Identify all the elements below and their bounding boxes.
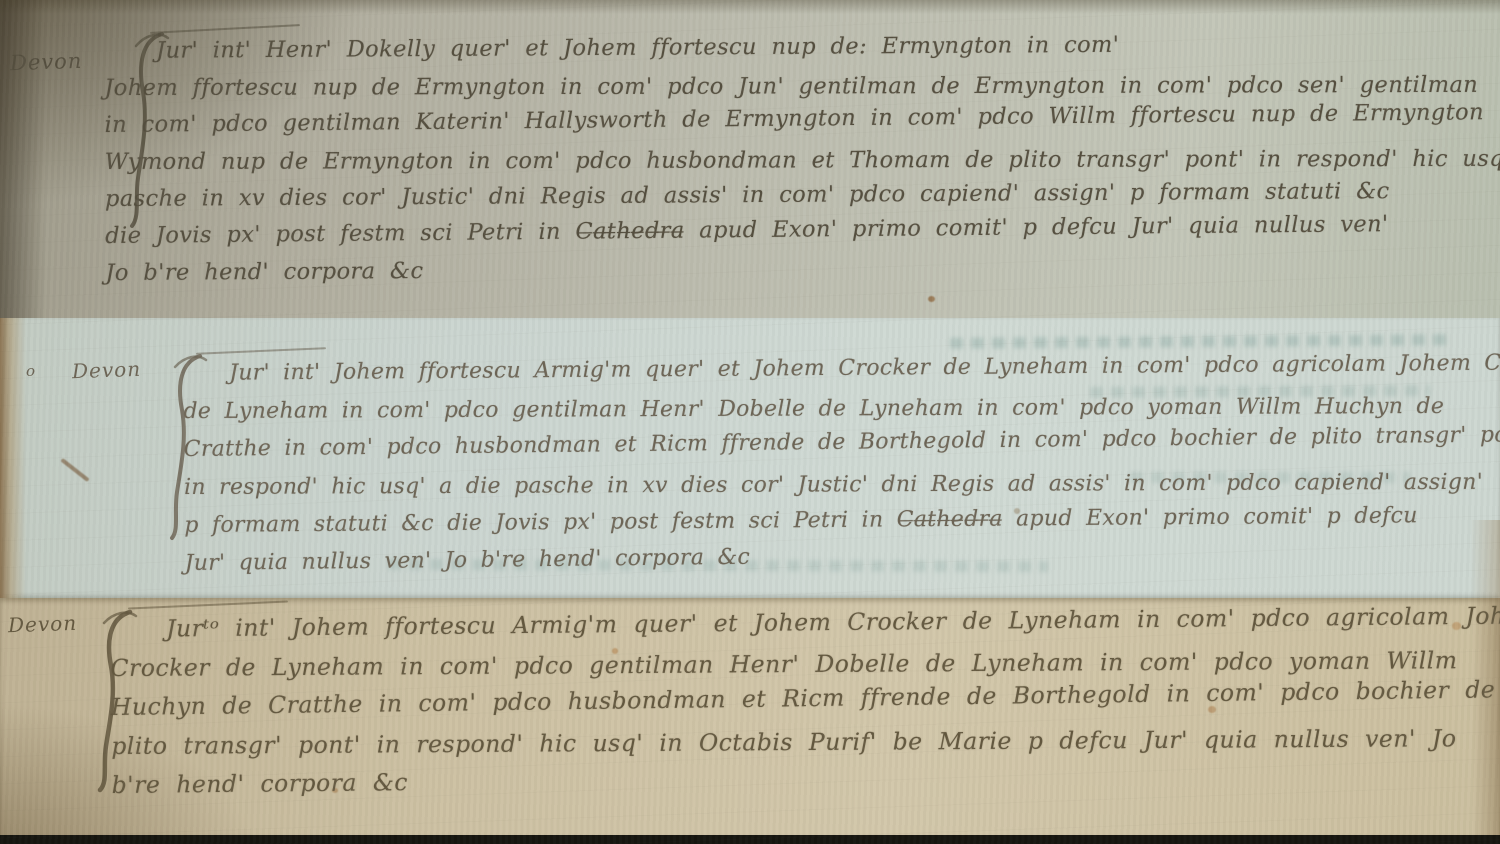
entry-text-block: Jurᵗᵒ int' Johem ffortescu Armig'm quer'… xyxy=(110,596,1500,805)
photo-bottom-black-bar xyxy=(0,835,1500,844)
manuscript-line: Wymond nup de Ermyngton in com' pdco hus… xyxy=(105,141,1500,181)
manuscript-photo: Devon Jur' int' Henr' Dokelly quer' et J… xyxy=(0,0,1500,844)
entry-text-block: Jur' int' Johem ffortescu Armig'm quer' … xyxy=(183,344,1500,583)
marginal-county-label: Devon xyxy=(72,357,142,383)
manuscript-line: Jur' int' Henr' Dokelly quer' et Johem f… xyxy=(104,24,1500,70)
marginal-county-label: Devon xyxy=(8,611,78,637)
entry-text-block: Jur' int' Henr' Dokelly quer' et Johem f… xyxy=(104,24,1500,292)
manuscript-line: in respond' hic usq' a die pasche in xv … xyxy=(184,463,1500,507)
manuscript-line: plito transgr' pont' in respond' hic usq… xyxy=(111,719,1500,766)
marginal-mark: o xyxy=(26,362,35,380)
marginal-county-label: Devon xyxy=(10,49,83,76)
